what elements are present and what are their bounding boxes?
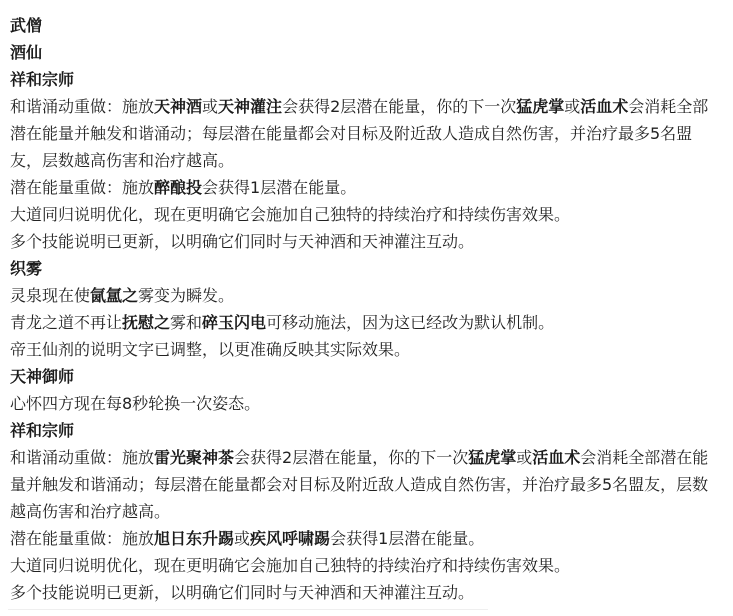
note-text: 和谐涌动重做：施放 xyxy=(10,448,154,467)
note-text: 会获得1层潜在能量。 xyxy=(330,529,484,548)
note-text: 和谐涌动重做：施放 xyxy=(10,97,154,116)
note-paragraph: 潜在能量重做：施放醉酿投会获得1层潜在能量。 xyxy=(10,174,715,201)
class-title: 武僧 xyxy=(10,12,715,39)
note-text: 雾变为瞬发。 xyxy=(138,286,234,305)
note-text: 会获得2层潜在能量，你的下一次 xyxy=(234,448,468,467)
note-paragraph: 多个技能说明已更新，以明确它们同时与天神酒和天神灌注互动。 xyxy=(10,228,715,255)
note-paragraph: 青龙之道不再让抚慰之雾和碎玉闪电可移动施法，因为这已经改为默认机制。 xyxy=(10,309,715,336)
note-paragraph: 和谐涌动重做：施放雷光聚神茶会获得2层潜在能量，你的下一次猛虎掌或活血术会消耗全… xyxy=(10,444,715,525)
note-paragraph: 多个技能说明已更新，以明确它们同时与天神酒和天神灌注互动。 xyxy=(10,579,715,606)
ability-name: 旭日东升踢 xyxy=(154,529,234,548)
note-text: 青龙之道不再让 xyxy=(10,313,122,332)
bottom-divider xyxy=(8,609,488,610)
note-paragraph: 大道同归说明优化，现在更明确它会施加自己独特的持续治疗和持续伤害效果。 xyxy=(10,201,715,228)
hero-talent-heading-conduit: 祥和宗师 xyxy=(10,66,715,93)
note-text: 会获得1层潜在能量。 xyxy=(202,178,356,197)
note-paragraph: 和谐涌动重做：施放天神酒或天神灌注会获得2层潜在能量，你的下一次猛虎掌或活血术会… xyxy=(10,93,715,174)
note-text: 多个技能说明已更新，以明确它们同时与天神酒和天神灌注互动。 xyxy=(10,583,474,602)
hero-talent-heading-conduit: 祥和宗师 xyxy=(10,417,715,444)
note-text: 雾和 xyxy=(170,313,202,332)
note-text: 或 xyxy=(234,529,250,548)
ability-name: 氤氲之 xyxy=(90,286,138,305)
note-text: 多个技能说明已更新，以明确它们同时与天神酒和天神灌注互动。 xyxy=(10,232,474,251)
note-text: 或 xyxy=(202,97,218,116)
ability-name: 活血术 xyxy=(532,448,580,467)
note-paragraph: 灵泉现在使氤氲之雾变为瞬发。 xyxy=(10,282,715,309)
note-text: 潜在能量重做：施放 xyxy=(10,178,154,197)
note-text: 大道同归说明优化，现在更明确它会施加自己独特的持续治疗和持续伤害效果。 xyxy=(10,556,570,575)
note-paragraph: 帝王仙剂的说明文字已调整，以更准确反映其实际效果。 xyxy=(10,336,715,363)
ability-name: 天神灌注 xyxy=(218,97,282,116)
note-paragraph: 潜在能量重做：施放旭日东升踢或疾风呼啸踢会获得1层潜在能量。 xyxy=(10,525,715,552)
note-text: 或 xyxy=(564,97,580,116)
patch-notes-document: 武僧 酒仙 祥和宗师 和谐涌动重做：施放天神酒或天神灌注会获得2层潜在能量，你的… xyxy=(10,12,715,606)
ability-name: 猛虎掌 xyxy=(468,448,516,467)
ability-name: 雷光聚神茶 xyxy=(154,448,234,467)
note-text: 帝王仙剂的说明文字已调整，以更准确反映其实际效果。 xyxy=(10,340,410,359)
ability-name: 活血术 xyxy=(580,97,628,116)
ability-name: 疾风呼啸踢 xyxy=(250,529,330,548)
note-text: 大道同归说明优化，现在更明确它会施加自己独特的持续治疗和持续伤害效果。 xyxy=(10,205,570,224)
note-paragraph: 大道同归说明优化，现在更明确它会施加自己独特的持续治疗和持续伤害效果。 xyxy=(10,552,715,579)
note-text: 会获得2层潜在能量，你的下一次 xyxy=(282,97,516,116)
note-text: 心怀四方现在每8秒轮换一次姿态。 xyxy=(10,394,260,413)
note-paragraph: 心怀四方现在每8秒轮换一次姿态。 xyxy=(10,390,715,417)
ability-name: 抚慰之 xyxy=(122,313,170,332)
note-text: 或 xyxy=(516,448,532,467)
ability-name: 碎玉闪电 xyxy=(202,313,266,332)
ability-name: 天神酒 xyxy=(154,97,202,116)
note-text: 灵泉现在使 xyxy=(10,286,90,305)
ability-name: 醉酿投 xyxy=(154,178,202,197)
spec-heading-brewmaster: 酒仙 xyxy=(10,39,715,66)
ability-name: 猛虎掌 xyxy=(516,97,564,116)
spec-heading-mistweaver: 织雾 xyxy=(10,255,715,282)
hero-talent-heading-celestial: 天神御师 xyxy=(10,363,715,390)
note-text: 可移动施法，因为这已经改为默认机制。 xyxy=(266,313,554,332)
note-text: 潜在能量重做：施放 xyxy=(10,529,154,548)
